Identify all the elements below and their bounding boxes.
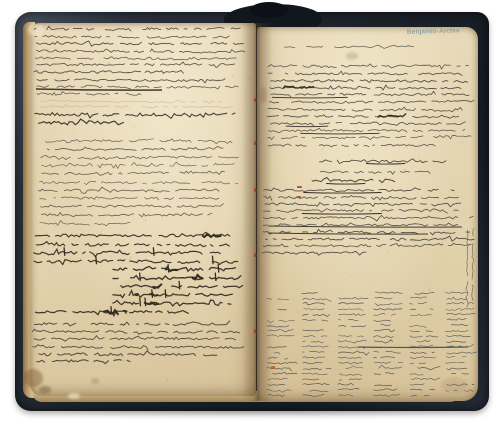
gutter-stitch	[254, 188, 257, 192]
left-heading-line-2	[39, 119, 130, 125]
worn-chip-bottom	[68, 393, 80, 399]
right-first-paragraph	[267, 64, 478, 147]
corner-wear-top-left	[28, 24, 44, 36]
gutter-stitch	[254, 98, 257, 102]
red-margin-mark-1	[297, 186, 302, 188]
smudge-right-top	[346, 53, 358, 60]
photo-background: Benjamin-Archiv	[0, 0, 500, 421]
gutter-stitch	[254, 329, 257, 333]
right-short-underlined-line	[312, 178, 395, 185]
left-last-line	[37, 360, 130, 364]
left-erased-lines	[41, 100, 234, 108]
foxing-bottom-left-3	[91, 378, 99, 384]
right-top-line	[284, 45, 413, 48]
right-second-paragraph	[262, 188, 474, 256]
foxing-bottom-left-2	[39, 386, 51, 394]
right-center-heading	[320, 159, 447, 164]
left-crossed-out-line	[36, 89, 162, 90]
mid-page-toning	[110, 275, 190, 325]
right-strike-line-2	[268, 233, 428, 234]
gutter-stain-top	[259, 87, 267, 103]
left-second-paragraph	[37, 79, 238, 96]
left-bottom-paragraph	[32, 321, 243, 356]
left-top-paragraph	[34, 26, 245, 73]
left-list-block	[34, 232, 243, 316]
right-strike-line-1	[268, 226, 462, 227]
right-column-rule	[358, 347, 468, 348]
right-center-subline	[320, 171, 430, 174]
foxing-bottom-left-1	[23, 369, 43, 387]
handwriting-layer	[0, 0, 500, 421]
gutter-stitch	[254, 141, 257, 145]
archive-stamp: Benjamin-Archiv	[407, 27, 469, 39]
gutter-stitch	[254, 253, 257, 257]
orange-dot	[271, 366, 275, 369]
left-heading-line-1	[35, 113, 242, 119]
left-main-paragraph	[38, 139, 238, 226]
red-margin-mark-2	[297, 196, 301, 198]
